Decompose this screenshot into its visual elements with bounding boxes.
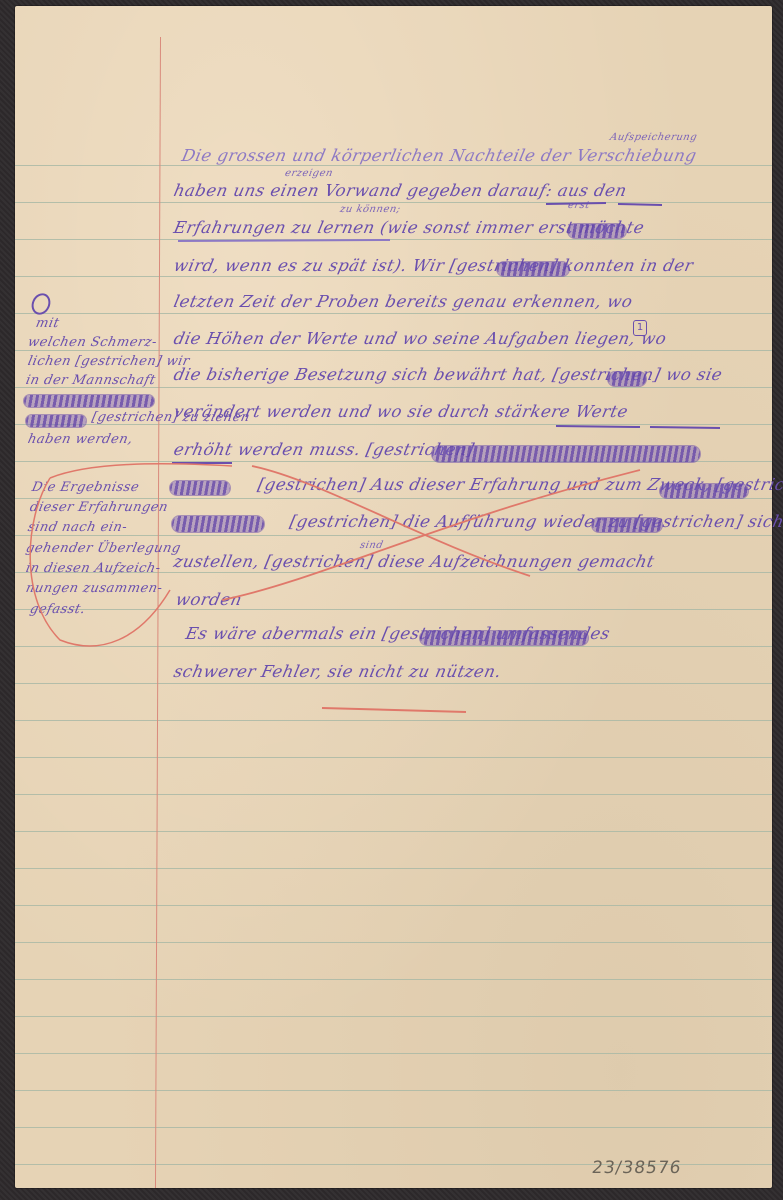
scribbled-out-word (170, 481, 230, 495)
text-line-6: die Höhen der Werte und wo seine Aufgabe… (172, 329, 668, 348)
margin-note-1-line-4: in der Mannschaft (24, 373, 157, 388)
ruled-line (15, 202, 772, 203)
text-line-15: schwerer Fehler, sie nicht zu nützen. (172, 662, 503, 681)
text-line-13: worden (174, 590, 244, 609)
margin-scribble (26, 415, 86, 427)
margin-note-2-line-3: sind nach ein- (26, 520, 128, 535)
ruled-line (15, 979, 772, 980)
text-line-2: haben uns einen Vorwand gegeben darauf: … (172, 181, 629, 200)
insertion-above-line-3: zu können; (339, 204, 402, 215)
margin-note-1-line-2: welchen Schmerz- (26, 335, 158, 350)
ruled-line (15, 942, 772, 943)
margin-note-1-line-1: mit (34, 316, 60, 331)
scribbled-out-word (568, 224, 626, 238)
text-line-11: [gestrichen] die Aufführung wieder zu [g… (288, 512, 783, 531)
text-line-9: erhöht werden muss. [gestrichen] (172, 440, 476, 459)
insertion-above-line-12: sind (359, 540, 385, 551)
margin-note-1-line-7: haben werden, (26, 432, 134, 447)
scribbled-out-word (592, 518, 662, 532)
ruled-line (15, 720, 772, 721)
margin-note-1-line-6: [gestrichen] zu ziehen (90, 410, 251, 425)
ruled-line (15, 165, 772, 166)
archive-reference-number: 23/38576 (591, 1158, 683, 1178)
insertion-above-line-1: Aufspeicherung (609, 132, 698, 143)
ruled-line (15, 313, 772, 314)
ruled-line (15, 1053, 772, 1054)
text-line-5: letzten Zeit der Proben bereits genau er… (172, 292, 635, 311)
margin-note-2-line-7: gefasst. (28, 602, 86, 617)
ruled-line (15, 350, 772, 351)
ruled-line (15, 535, 772, 536)
margin-note-2-line-1: Die Ergebnisse (30, 480, 140, 495)
scribbled-out-word (497, 262, 569, 276)
insertion-above-line-3b: erst (567, 200, 591, 211)
ruled-line (15, 646, 772, 647)
ruled-line (15, 609, 772, 610)
margin-scribble (24, 395, 154, 407)
scribbled-out-phrase (432, 446, 700, 462)
scribbled-out-word (420, 631, 588, 645)
ruled-line (15, 868, 772, 869)
scribbled-out-word (172, 516, 264, 532)
text-line-12: zustellen, [gestrichen] diese Aufzeichnu… (172, 552, 656, 571)
text-line-1: Die grossen und körperlichen Nachteile d… (180, 146, 699, 165)
scribbled-out-word (660, 484, 748, 498)
ruled-line (15, 831, 772, 832)
ruled-line (15, 1090, 772, 1091)
margin-note-2-line-6: nungen zusammen- (24, 581, 164, 596)
margin-note-2-line-5: in diesen Aufzeich- (24, 561, 162, 576)
footnote-marker-1: 1 (633, 320, 647, 336)
scribbled-out-word (608, 372, 646, 386)
ruled-line (15, 905, 772, 906)
ruled-line (15, 498, 772, 499)
margin-note-2-line-2: dieser Erfahrungen (28, 500, 169, 515)
margin-note-2-line-4: gehender Überlegung (24, 541, 182, 556)
ruled-line (15, 683, 772, 684)
ruled-line (15, 276, 772, 277)
ruled-line (15, 1127, 772, 1128)
insertion-above-line-2: erzeigen (284, 168, 334, 179)
ruled-line (15, 1016, 772, 1017)
text-line-4: wird, wenn es zu spät ist). Wir [gestric… (172, 256, 695, 275)
ruled-line (15, 239, 772, 240)
ruled-line (15, 794, 772, 795)
margin-note-1-line-3: lichen [gestrichen] wir (26, 354, 191, 369)
ruled-line (15, 757, 772, 758)
